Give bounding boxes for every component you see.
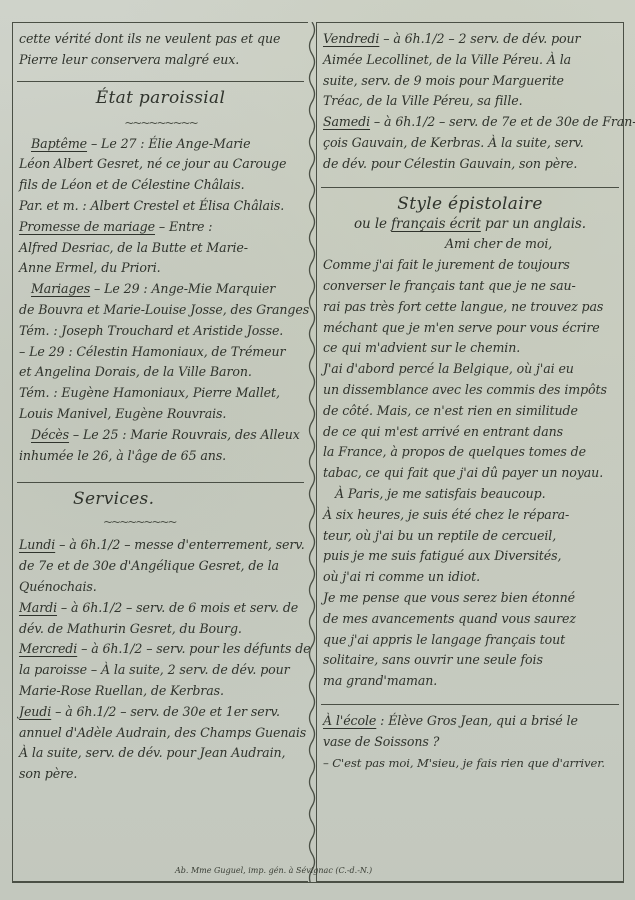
- bapteme-text: – Le 27 : Élie Ange-Marie: [87, 136, 250, 151]
- style-epistolaire-heading: Style épistolaire: [317, 194, 623, 214]
- letter-line: teur, où j'ai bu un reptile de cercueil,: [317, 526, 623, 547]
- service-line: dév. de Mathurin Gesret, du Bourg.: [13, 619, 308, 640]
- intro-line: cette vérité dont ils ne veulent pas et …: [13, 29, 308, 50]
- letter-line: puis je me suis fatigué aux Diversités,: [317, 546, 623, 567]
- mariages-label: Mariages: [31, 281, 90, 296]
- promesse-suffix: – Entre :: [155, 219, 212, 234]
- service-entry: Mardi – à 6h.1/2 – serv. de 6 mois et se…: [13, 598, 308, 619]
- letter-line: de ce qui m'est arrivé en entrant dans: [317, 422, 623, 443]
- service-entry: Samedi – à 6h.1/2 – serv. de 7e et de 30…: [317, 112, 623, 133]
- promesse-line: Anne Ermel, du Priori.: [13, 258, 308, 279]
- service-entry: Mercredi – à 6h.1/2 – serv. pour les déf…: [13, 639, 308, 660]
- service-line: la paroisse – À la suite, 2 serv. de dév…: [13, 660, 308, 681]
- letter-line: J'ai d'abord percé la Belgique, où j'ai …: [317, 359, 623, 380]
- mariages-text: – Le 29 : Ange-Mie Marquier: [90, 281, 275, 296]
- service-text: – à 6h.1/2 – serv. pour les défunts de: [77, 641, 310, 656]
- subtitle-pre: ou le: [354, 216, 391, 232]
- letter-line: À six heures, je suis été chez le répara…: [317, 505, 623, 526]
- service-day: Jeudi: [19, 704, 51, 719]
- services-heading: Services.: [13, 489, 308, 509]
- letter-line: où j'ai ri comme un idiot.: [317, 567, 623, 588]
- bapteme-line: Par. et m. : Albert Crestel et Élisa Châ…: [13, 196, 308, 217]
- ecole-label: À l'école: [323, 713, 376, 728]
- service-text: – à 6h.1/2 – serv. de 6 mois et serv. de: [57, 600, 298, 615]
- service-line: À la suite, serv. de dév. pour Jean Audr…: [13, 743, 308, 764]
- style-subtitle: ou le français écrit par un anglais.: [317, 214, 623, 235]
- service-text: – à 6h.1/2 – serv. de 30e et 1er serv.: [51, 704, 280, 719]
- service-line: Tréac, de la Ville Péreu, sa fille.: [317, 91, 623, 112]
- mariages-line: Tém. : Joseph Trouchard et Aristide Joss…: [13, 321, 308, 342]
- ecole-entry: À l'école : Élève Gros Jean, qui a brisé…: [317, 711, 623, 732]
- intro-line: Pierre leur conservera malgré eux.: [13, 50, 308, 71]
- subtitle-underlined: français écrit: [391, 216, 481, 232]
- service-text: – à 6h.1/2 – 2 serv. de dév. pour: [379, 31, 580, 46]
- service-day: Mercredi: [19, 641, 77, 656]
- salutation: Ami cher de moi,: [317, 234, 623, 255]
- letter-body: Comme j'ai fait le jurement de toujours …: [317, 255, 623, 692]
- letter-line: À Paris, je me satisfais beaucoup.: [317, 484, 623, 505]
- service-line: Quénochais.: [13, 577, 308, 598]
- deces-text: – Le 25 : Marie Rouvrais, des Alleux: [69, 427, 300, 442]
- ecole-line: – C'est pas moi, M'sieu, je fais rien qu…: [317, 753, 623, 774]
- mariages-line: Louis Manivel, Eugène Rouvrais.: [13, 404, 308, 425]
- service-line: suite, serv. de 9 mois pour Marguerite: [317, 71, 623, 92]
- letter-line: un dissemblance avec les commis des impô…: [317, 380, 623, 401]
- letter-line: converser le français tant que je ne sau…: [317, 276, 623, 297]
- service-entry: Vendredi – à 6h.1/2 – 2 serv. de dév. po…: [317, 29, 623, 50]
- divider: [321, 187, 619, 188]
- service-day: Vendredi: [323, 31, 379, 46]
- bapteme-line: fils de Léon et de Célestine Châlais.: [13, 175, 308, 196]
- divider: [321, 704, 619, 705]
- service-line: Aimée Lecollinet, de la Ville Péreu. À l…: [317, 50, 623, 71]
- mariages-entry: Mariages – Le 29 : Ange-Mie Marquier: [13, 279, 308, 300]
- service-day: Mardi: [19, 600, 57, 615]
- letter-line: de mes avancements quand vous saurez: [317, 609, 623, 630]
- letter-line: rai pas très fort cette langue, ne trouv…: [317, 297, 623, 318]
- deces-entry: Décès – Le 25 : Marie Rouvrais, des Alle…: [13, 425, 308, 446]
- letter-line: tabac, ce qui fait que j'ai dû payer un …: [317, 463, 623, 484]
- footer-rule: [12, 882, 624, 883]
- mariages-line: – Le 29 : Célestin Hamoniaux, de Trémeur: [13, 342, 308, 363]
- flourish-icon: ~~~~~~~~~: [13, 515, 308, 529]
- service-line: de dév. pour Célestin Gauvain, son père.: [317, 154, 623, 175]
- divider: [17, 482, 304, 483]
- letter-line: ce qui m'advient sur le chemin.: [317, 338, 623, 359]
- bapteme-label: Baptême: [31, 136, 87, 151]
- deces-label: Décès: [31, 427, 69, 442]
- flourish-icon: ~~~~~~~~~: [13, 116, 308, 130]
- ecole-line: vase de Soissons ?: [317, 732, 623, 753]
- etat-paroissial-heading: État paroissial: [13, 88, 308, 108]
- letter-line: Je me pense que vous serez bien étonné: [317, 588, 623, 609]
- mariages-line: et Angelina Dorais, de la Ville Baron.: [13, 362, 308, 383]
- service-line: Marie-Rose Ruellan, de Kerbras.: [13, 681, 308, 702]
- service-entry: Lundi – à 6h.1/2 – messe d'enterrement, …: [13, 535, 308, 556]
- service-line: de 7e et de 30e d'Angélique Gesret, de l…: [13, 556, 308, 577]
- service-line: son père.: [13, 764, 308, 785]
- letter-line: ma grand'maman.: [317, 671, 623, 692]
- letter-line: la France, à propos de quelques tomes de: [317, 442, 623, 463]
- bulletin-page: cette vérité dont ils ne veulent pas et …: [0, 0, 635, 900]
- service-entry: Jeudi – à 6h.1/2 – serv. de 30e et 1er s…: [13, 702, 308, 723]
- mariages-line: de Bouvra et Marie-Louise Josse, des Gra…: [13, 300, 308, 321]
- mariages-line: Tém. : Eugène Hamoniaux, Pierre Mallet,: [13, 383, 308, 404]
- divider: [17, 81, 304, 82]
- letter-line: solitaire, sans ouvrir une seule fois: [317, 650, 623, 671]
- service-line: annuel d'Adèle Audrain, des Champs Guena…: [13, 723, 308, 744]
- letter-line: de côté. Mais, ce n'est rien en similitu…: [317, 401, 623, 422]
- bapteme-line: Léon Albert Gesret, né ce jour au Caroug…: [13, 154, 308, 175]
- deces-line: inhumée le 26, à l'âge de 65 ans.: [13, 446, 308, 467]
- services-continued: Vendredi – à 6h.1/2 – 2 serv. de dév. po…: [317, 23, 623, 175]
- letter-line: Comme j'ai fait le jurement de toujours: [317, 255, 623, 276]
- printer-credit: Ab. Mme Guguel, imp. gén. à Sévignac (C.…: [175, 866, 372, 875]
- bapteme-entry: Baptême – Le 27 : Élie Ange-Marie: [13, 134, 308, 155]
- services-list: Lundi – à 6h.1/2 – messe d'enterrement, …: [13, 535, 308, 785]
- promesse-line: Alfred Desriac, de la Butte et Marie-: [13, 238, 308, 259]
- service-line: çois Gauvain, de Kerbras. À la suite, se…: [317, 133, 623, 154]
- subtitle-post: par un anglais.: [481, 216, 586, 232]
- ecole-text: : Élève Gros Jean, qui a brisé le: [376, 713, 578, 728]
- ecole-anecdote: À l'école : Élève Gros Jean, qui a brisé…: [317, 711, 623, 773]
- letter-line: que j'ai appris le langage français tout: [317, 630, 623, 651]
- promesse-entry: Promesse de mariage – Entre :: [13, 217, 308, 238]
- service-text: – à 6h.1/2 – messe d'enterrement, serv.: [55, 537, 305, 552]
- service-day: Samedi: [323, 114, 370, 129]
- right-column: Vendredi – à 6h.1/2 – 2 serv. de dév. po…: [316, 22, 624, 882]
- letter-line: méchant que je m'en serve pour vous écri…: [317, 318, 623, 339]
- service-text: – à 6h.1/2 – serv. de 7e et de 30e de Fr…: [370, 114, 635, 129]
- service-day: Lundi: [19, 537, 55, 552]
- left-column: cette vérité dont ils ne veulent pas et …: [12, 22, 308, 882]
- promesse-label: Promesse de mariage: [19, 219, 155, 234]
